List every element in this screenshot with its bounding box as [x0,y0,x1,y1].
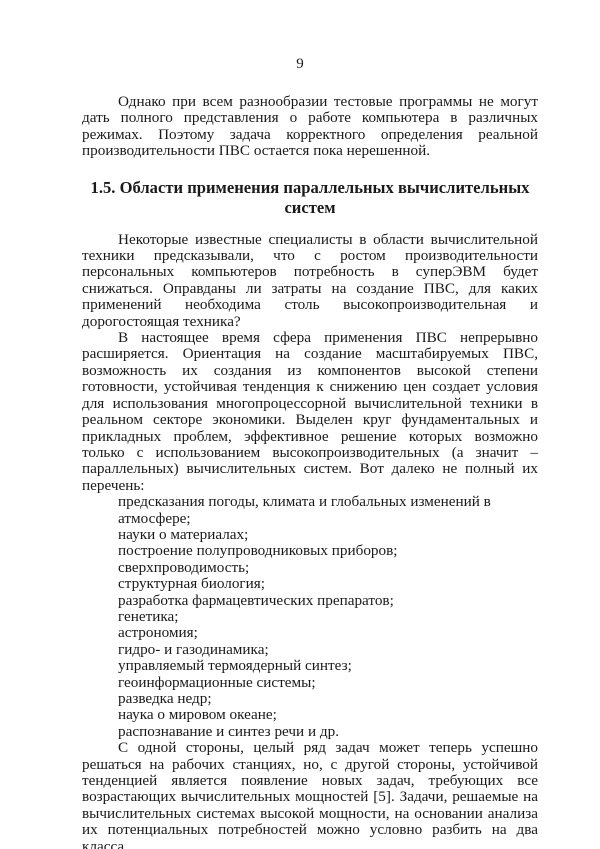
list-item: сверхпроводимость; [118,560,538,576]
list-item: наука о мировом океане; [118,707,538,723]
section-paragraph-2: В настоящее время сфера применения ПВС н… [82,330,538,494]
page-body: Однако при всем разнообразии тестовые пр… [82,94,538,849]
list-item: гидро- и газодинамика; [118,642,538,658]
list-item: построение полупроводниковых приборов; [118,543,538,559]
applications-list: предсказания погоды, климата и глобальны… [82,494,538,740]
list-item: генетика; [118,609,538,625]
section-paragraph-1: Некоторые известные специалисты в област… [82,232,538,330]
list-item: геоинформационные системы; [118,675,538,691]
closing-paragraph: С одной стороны, целый ряд задач может т… [82,740,538,849]
list-item: предсказания погоды, климата и глобальны… [118,494,538,527]
section-title: 1.5. Области применения параллельных выч… [82,178,538,218]
intro-paragraph: Однако при всем разнообразии тестовые пр… [82,94,538,160]
list-item: структурная биология; [118,576,538,592]
list-item: распознавание и синтез речи и др. [118,724,538,740]
list-item: управляемый термоядерный синтез; [118,658,538,674]
list-item: разведка недр; [118,691,538,707]
list-item: науки о материалах; [118,527,538,543]
page-number: 9 [0,55,600,73]
list-item: разработка фармацевтических препаратов; [118,593,538,609]
list-item: астрономия; [118,625,538,641]
